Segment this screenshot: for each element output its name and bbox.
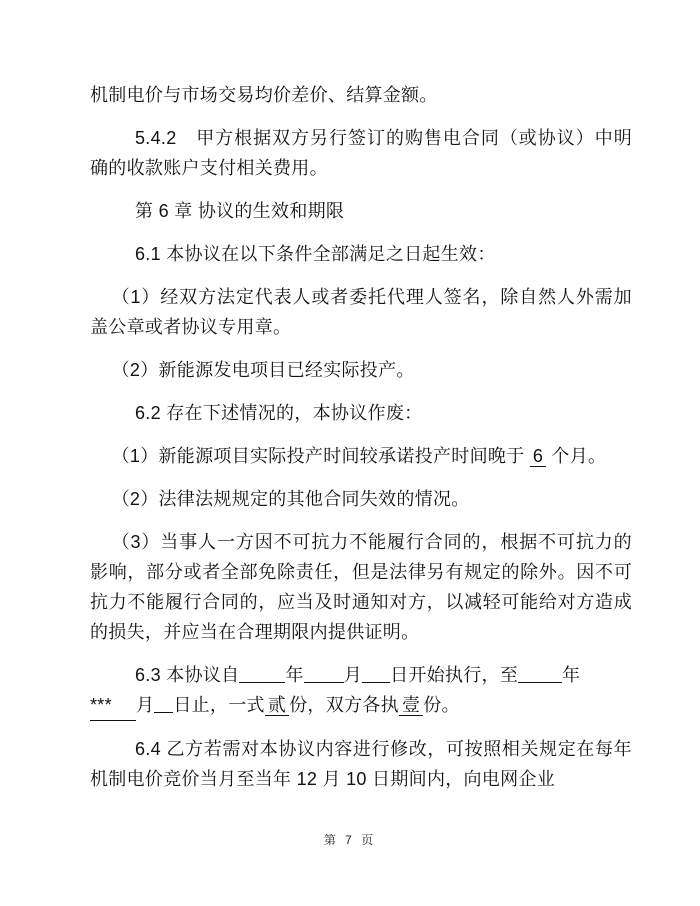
clause-6-1-item-1: （1）经双方法定代表人或者委托代理人签名，除自然人外需加盖公章或者协议专用章。 xyxy=(90,282,632,342)
clause-6-3-text-1: 6.3 本协议自 xyxy=(135,665,239,685)
clause-6-4: 6.4 乙方若需对本协议内容进行修改，可按照相关规定在每年机制电价竞价当月至当年… xyxy=(90,734,632,794)
clause-6-2: 6.2 存在下述情况的，本协议作废： xyxy=(90,398,632,428)
clause-6-2-item-3: （3）当事人一方因不可抗力不能履行合同的，根据不可抗力的影响，部分或者全部免除责… xyxy=(90,527,632,647)
blank-start-year-field xyxy=(239,665,285,683)
clause-6-3-text-2: 日开始执行，至 xyxy=(390,665,518,685)
copies-each-underlined-value: 壹 xyxy=(399,695,423,716)
clause-6-2-item-1: （1）新能源项目实际投产时间较承诺投产时间晚于 6 个月。 xyxy=(90,441,632,471)
document-page: 机制电价与市场交易均价差价、结算金额。 5.4.2 甲方根据双方另行签订的购售电… xyxy=(0,0,700,906)
clause-6-3-text-4: 份，双方各执 xyxy=(289,695,399,715)
clause-6-3-unit-month-1: 月 xyxy=(344,665,362,685)
clause-6-2-item-2: （2）法律法规规定的其他合同失效的情况。 xyxy=(90,484,632,514)
clause-6-3-unit-year-2: 年 xyxy=(562,665,580,685)
blank-end-year-field xyxy=(518,665,562,683)
chapter-6-heading: 第 6 章 协议的生效和期限 xyxy=(90,196,632,226)
clause-6-1-item-2: （2）新能源发电项目已经实际投产。 xyxy=(90,355,632,385)
copies-total-underlined-value: 贰 xyxy=(265,695,289,716)
document-body: 机制电价与市场交易均价差价、结算金额。 5.4.2 甲方根据双方另行签订的购售电… xyxy=(90,80,632,794)
page-number: 第 7 页 xyxy=(0,831,700,848)
redacted-asterisks-field: *** xyxy=(90,690,136,721)
clause-6-2-item-1-text-after: 个月。 xyxy=(546,446,606,466)
blank-start-month-field xyxy=(304,665,344,683)
blank-start-day-field xyxy=(362,665,390,683)
clause-6-3-unit-month-2: 月 xyxy=(136,695,154,715)
clause-6-3: 6.3 本协议自年月日开始执行，至年***月日止，一式贰份，双方各执壹份。 xyxy=(90,660,632,721)
clause-6-3-unit-year-1: 年 xyxy=(285,665,303,685)
clause-6-1: 6.1 本协议在以下条件全部满足之日起生效： xyxy=(90,239,632,269)
paragraph-5-4-1-continuation: 机制电价与市场交易均价差价、结算金额。 xyxy=(90,80,632,110)
clause-5-4-2: 5.4.2 甲方根据双方另行签订的购售电合同（或协议）中明确的收款账户支付相关费… xyxy=(90,123,632,183)
clause-6-3-text-3: 日止，一式 xyxy=(173,695,265,715)
clause-6-2-item-1-text-before: （1）新能源项目实际投产时间较承诺投产时间晚于 xyxy=(112,446,530,466)
blank-end-day-field xyxy=(154,695,173,713)
clause-6-3-text-5: 份。 xyxy=(423,695,460,715)
months-late-underlined-value: 6 xyxy=(530,446,546,467)
